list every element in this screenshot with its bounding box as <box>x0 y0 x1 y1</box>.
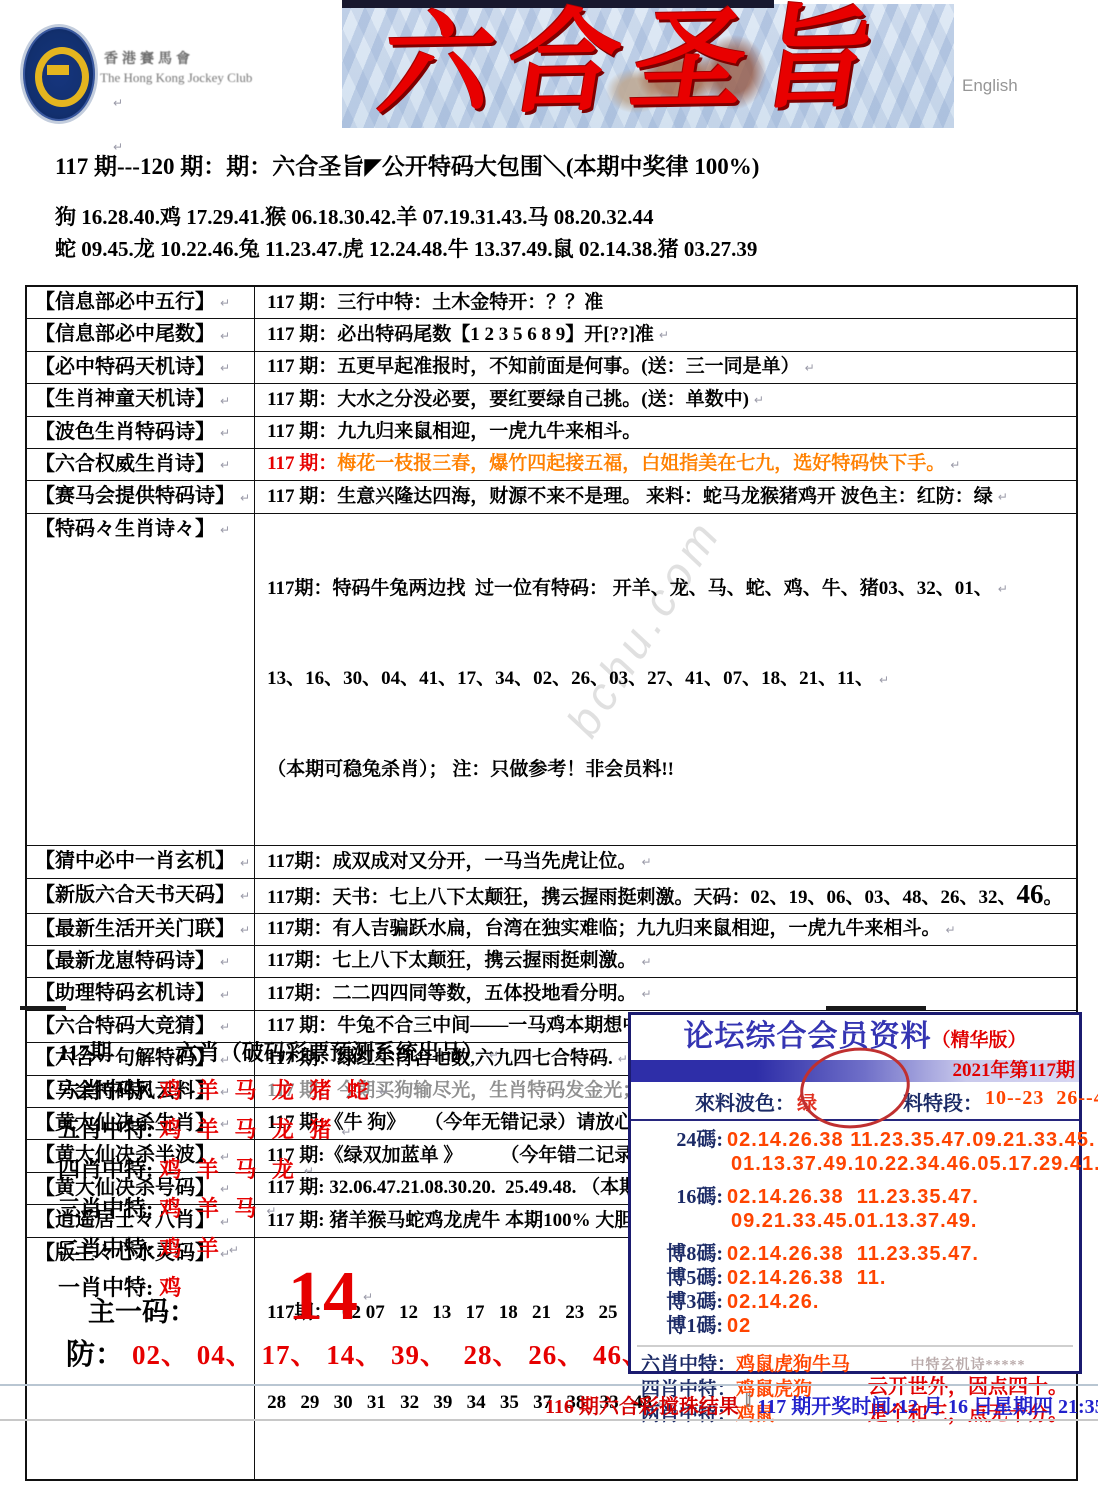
sixxiao-item-value: 鸡 羊 马 龙 <box>159 1157 299 1182</box>
row-label: 【波色生肖特码诗】↵ <box>26 416 255 448</box>
row-content: 117 期：大水之分没必要，要红要绿自己挑。(送：单数中)↵ <box>255 384 1077 416</box>
return-mark: ↵ <box>950 458 960 472</box>
table-row: 【新版六合天书天码】↵ 117期：天书：七上八下太颠狂，携云握雨挺刺激。天码：0… <box>26 878 1077 913</box>
member-box-title-suffix: （精华版） <box>931 1030 1026 1051</box>
row-label: 【新版六合天书天码】↵ <box>26 878 255 913</box>
table-row: 【最新生活开关门联】↵ 117期：有人吉骗跃水扁，台湾在独实难临；九九归来鼠相迎… <box>26 913 1077 945</box>
border-artifact <box>20 1006 66 1010</box>
row-label: 【信息部必中五行】↵ <box>26 286 255 319</box>
row-label: 【信息部必中尾数】↵ <box>26 319 255 351</box>
code-values: 01.13.37.49.10.22.34.46.05.17.29.41. <box>731 1152 1098 1176</box>
sixxiao-title: 117期六肖（破码彩票预测系统出品）↵ <box>58 1036 499 1067</box>
return-mark: ↵ <box>754 393 764 407</box>
return-mark: ↵ <box>220 426 230 440</box>
code-row: 博3碼:02.14.26. <box>631 1290 1079 1314</box>
row-content-text: 117期：有人吉骗跃水扁，台湾在独实难临；九九归来鼠相迎，一虎九牛来相斗。 <box>267 918 940 939</box>
return-mark: ↵ <box>946 923 956 937</box>
code-values: 02.14.26.38 11.23.35.47. <box>727 1185 979 1209</box>
return-mark: ↵ <box>879 673 889 687</box>
sixxiao-item-value: 鸡 羊 <box>159 1236 224 1261</box>
zodiac-numbers-line1: 狗 16.28.40.鸡 17.29.41.猴 06.18.30.42.羊 07… <box>55 201 654 231</box>
code-values: 02.14.26. <box>727 1290 819 1314</box>
return-mark: ↵ <box>659 328 669 342</box>
code-label: 博8碼: <box>631 1242 723 1266</box>
return-mark: ↵ <box>805 361 815 375</box>
footer-next-draw-time: 117 期开奖时间:12 月 16 日星期四 21:35 <box>757 1390 1098 1419</box>
return-mark: ↵ <box>229 1243 239 1257</box>
row-label-text: 【必中特码天机诗】 <box>35 356 215 378</box>
row-content-text: 117期：七上八下太颠狂，携云握雨挺刺激。 <box>267 950 636 971</box>
row-label-text: 【最新龙崽特码诗】 <box>35 950 215 972</box>
row-content: 117期：七上八下太颠狂，携云握雨挺刺激。↵ <box>255 945 1077 977</box>
main-code-row: 主一码： 14 ↵ <box>88 1262 373 1332</box>
defend-values: 02、 04、 17、 14、 39、 28、 26、 46、 38. <box>132 1333 695 1372</box>
highlight-number: 46 <box>1017 879 1044 909</box>
footer-text: 116 期六合彩搅珠结果 ‖ 117 期开奖时间:12 月 16 日星期四 21… <box>545 1390 1098 1419</box>
row-content-text: 117 期：五更早起准报时，不知前面是何事。(送：三一同是单） <box>267 356 800 377</box>
row-label: 【六合权威生肖诗】↵ <box>26 449 255 481</box>
return-mark: ↵ <box>266 1204 276 1218</box>
return-mark: ↵ <box>220 394 230 408</box>
row-content: 117 期：必出特码尾数【1 2 3 5 6 8 9】开[??]准↵ <box>255 319 1077 351</box>
table-row: 【猜中必中一肖玄机】↵ 117期：成双成对又分开，一马当先虎让位。↵ <box>26 846 1077 878</box>
code-label: 博5碼: <box>631 1266 723 1290</box>
footer-separator: ‖ <box>745 1390 751 1419</box>
row-label-text: 【特码々生肖诗々】 <box>35 518 215 540</box>
teduan-value: 10--23 26--47 <box>985 1087 1098 1116</box>
row-label: 【必中特码天机诗】↵ <box>26 351 255 383</box>
member-box-title-main: 论坛综合会员资料 <box>683 1020 931 1053</box>
code-row-continued: 01.13.37.49.10.22.34.46.05.17.29.41. <box>631 1152 1079 1176</box>
return-mark: ↵ <box>379 1085 389 1099</box>
border-artifact <box>826 1006 926 1010</box>
footer-divider-top <box>0 1384 1098 1386</box>
table-row: 【波色生肖特码诗】↵ 117 期：九九归来鼠相迎，一虎九牛来相斗。 <box>26 416 1077 448</box>
code-list: 24碼:02.14.26.38 11.23.35.47.09.21.33.45.… <box>631 1121 1079 1338</box>
row-content: 117期：有人吉骗跃水扁，台湾在独实难临；九九归来鼠相迎，一虎九牛来相斗。↵ <box>255 913 1077 945</box>
row-label-text: 【最新生活开关门联】 <box>35 918 235 940</box>
code-row: 24碼:02.14.26.38 11.23.35.47.09.21.33.45. <box>631 1128 1079 1152</box>
row-label-text: 【新版六合天书天码】 <box>35 884 235 906</box>
bose-label: 來料波色： <box>695 1087 795 1116</box>
main-code-value: 14 <box>288 1262 358 1332</box>
sixxiao-issue: 117期 <box>58 1040 112 1065</box>
row-issue-red: 117 期： <box>267 453 337 474</box>
row-content-line: （本期可稳兔杀肖）； 注：只做参考！非会员料!! <box>267 755 1072 785</box>
headline: 117 期---120 期：期：六合圣旨◤公开特码大包围＼(本期中奖律 100%… <box>55 148 759 181</box>
code-label: 24碼: <box>631 1128 723 1152</box>
row-content: 117期：特码牛兔两边找 过一位有特码： 开羊、龙、马、蛇、鸡、牛、猪03、32… <box>255 513 1077 845</box>
row-content: 117期：成双成对又分开，一马当先虎让位。↵ <box>255 846 1077 878</box>
return-mark: ↵ <box>642 987 652 1001</box>
row-content-text: 。 <box>1044 887 1063 908</box>
return-mark: ↵ <box>220 523 230 537</box>
row-label: 【生肖神童天机诗】↵ <box>26 384 255 416</box>
defend-label: 防： <box>66 1332 124 1373</box>
code-row-continued: 09.21.33.45.01.13.37.49. <box>631 1209 1079 1233</box>
row-label: 【赛马会提供特码诗】↵ <box>26 481 255 513</box>
table-row: 【生肖神童天机诗】↵ 117 期：大水之分没必要，要红要绿自己挑。(送：单数中)… <box>26 384 1077 416</box>
row-content-line: 117期：特码牛兔两边找 过一位有特码： 开羊、龙、马、蛇、鸡、牛、猪03、32… <box>267 574 1072 605</box>
footer-last-draw-link[interactable]: 116 期六合彩搅珠结果 <box>545 1390 739 1419</box>
row-label-text: 【六合权威生肖诗】 <box>35 453 215 475</box>
return-mark: ↵ <box>220 988 230 1002</box>
main-code-label: 主一码： <box>88 1266 196 1329</box>
row-content-text: 117期：成双成对又分开，一马当先虎让位。 <box>267 851 636 872</box>
code-label: 博3碼: <box>631 1290 723 1314</box>
return-mark: ↵ <box>220 329 230 343</box>
row-content: 117期：二二四四同等数，五体投地看分明。↵ <box>255 978 1077 1010</box>
row-content: 117 期：九九归来鼠相迎，一虎九牛来相斗。 <box>255 416 1077 448</box>
row-content-line: 13、16、30、04、41、17、34、02、26、03、27、41、07、1… <box>267 664 1072 695</box>
sixxiao-item-label: 三肖中特: <box>58 1196 153 1221</box>
code-label: 博1碼: <box>631 1314 723 1338</box>
row-label: 【最新生活开关门联】↵ <box>26 913 255 945</box>
row-label-text: 【猜中必中一肖玄机】 <box>35 850 235 872</box>
code-label: 16碼: <box>631 1185 723 1209</box>
code-values: 02.14.26.38 11.23.35.47.09.21.33.45. <box>727 1128 1096 1152</box>
return-mark: ↵ <box>998 490 1008 504</box>
code-row: 博5碼:02.14.26.38 11. <box>631 1266 1079 1290</box>
code-values: 02.14.26.38 11.23.35.47. <box>727 1242 979 1266</box>
return-mark: ↵ <box>642 955 652 969</box>
return-mark: ↵ <box>618 1052 628 1066</box>
spacer <box>631 1233 1079 1242</box>
table-row: 【特码々生肖诗々】↵ 117期：特码牛兔两边找 过一位有特码： 开羊、龙、马、蛇… <box>26 513 1077 845</box>
row-label-text: 【信息部必中尾数】 <box>35 323 215 345</box>
sixxiao-item: 三肖中特:鸡 羊 马↵ <box>58 1190 389 1229</box>
site-title: 六合圣旨 <box>372 1 992 123</box>
return-mark: ↵ <box>240 889 250 903</box>
sixxiao-item-label: 五肖中特: <box>58 1117 153 1142</box>
row-content: 117 期：生意兴隆达四海，财源不来不是理。 来料：蛇马龙猴猪鸡开 波色主：红防… <box>255 481 1077 513</box>
row-poem-orange: 梅花一枝报三春，爆竹四起接五福，白姐指美在七九，选好特码快下手。 <box>337 453 945 474</box>
row-label-text: 【助理特码玄机诗】 <box>35 982 215 1004</box>
return-mark: ↵ <box>341 1125 351 1139</box>
row-label-text: 【信息部必中五行】 <box>35 291 215 313</box>
defend-row: 防： 02、 04、 17、 14、 39、 28、 26、 46、 38. ↵ <box>66 1332 710 1373</box>
return-mark: ↵ <box>240 491 250 505</box>
code-values: 09.21.33.45.01.13.37.49. <box>731 1209 977 1233</box>
row-label-text: 【赛马会提供特码诗】 <box>35 485 235 507</box>
row-label-text: 【六合特码大竞猜】 <box>35 1015 215 1037</box>
return-mark: ↵ <box>220 296 230 310</box>
table-row: 【信息部必中五行】↵ 117 期：三行中特：土木金特开：？？准 <box>26 286 1077 319</box>
sixxiao-item-value: 鸡 羊 马 龙 猪 蛇 <box>159 1078 374 1103</box>
row-label: 【最新龙崽特码诗】↵ <box>26 945 255 977</box>
return-mark: ↵ <box>220 361 230 375</box>
sixxiao-title-text: 六肖（破码彩票预测系统出品） <box>176 1040 484 1065</box>
member-zodiac-label: 六肖中特： <box>641 1354 736 1375</box>
row-content: 117期：天书：七上八下太颠狂，携云握雨挺刺激。天码：02、19、06、03、4… <box>255 878 1077 913</box>
hkjc-logo-bar-icon <box>47 65 69 75</box>
return-mark: ↵ <box>220 458 230 472</box>
return-mark: ↵ <box>220 1020 230 1034</box>
sixxiao-item: 五肖中特:鸡 羊 马 龙 猪↵ <box>58 1111 389 1150</box>
table-row: 【信息部必中尾数】↵ 117 期：必出特码尾数【1 2 3 5 6 8 9】开[… <box>26 319 1077 351</box>
teduan-label: 料特段： <box>903 1087 983 1116</box>
row-content-text: （本期可稳兔杀肖）； 注：只做参考！非会员料!! <box>267 759 674 780</box>
code-row: 16碼:02.14.26.38 11.23.35.47. <box>631 1185 1079 1209</box>
row-content-text: 117 期：必出特码尾数【1 2 3 5 6 8 9】开[??]准 <box>267 324 654 345</box>
return-mark: ↵ <box>998 582 1008 596</box>
sixxiao-item-label: 四肖中特: <box>58 1157 153 1182</box>
sixxiao-item-label: 二肖中特: <box>58 1236 153 1261</box>
row-content: 117 期：五更早起准报时，不知前面是何事。(送：三一同是单）↵ <box>255 351 1077 383</box>
sixxiao-item: 六肖中特:鸡 羊 马 龙 猪 蛇↵ <box>58 1072 389 1111</box>
hkjc-name-en: The Hong Kong Jockey Club <box>100 70 252 86</box>
row-content-text: 117期：二二四四同等数，五体投地看分明。 <box>267 983 636 1004</box>
return-mark: ↵ <box>489 1048 499 1062</box>
table-row: 【六合权威生肖诗】↵ 117 期：梅花一枝报三春，爆竹四起接五福，白姐指美在七九… <box>26 449 1077 481</box>
table-row: 【最新龙崽特码诗】↵ 117期：七上八下太颠狂，携云握雨挺刺激。↵ <box>26 945 1077 977</box>
row-label-text: 【生肖神童天机诗】 <box>35 388 215 410</box>
zodiac-numbers-line2: 蛇 09.45.龙 10.22.46.兔 11.23.47.虎 12.24.48… <box>55 233 757 263</box>
sixxiao-item: 四肖中特:鸡 羊 马 龙↵ <box>58 1151 389 1190</box>
hkjc-logo-ring-icon <box>35 47 89 107</box>
sixxiao-item-value: 鸡 羊 马 龙 猪 <box>159 1117 336 1142</box>
row-content-text: 117 期：生意兴隆达四海，财源不来不是理。 来料：蛇马龙猴猪鸡开 波色主：红防… <box>267 486 993 507</box>
row-label-text: 【波色生肖特码诗】 <box>35 421 215 443</box>
member-zodiac-value: 鸡鼠虎狗牛马 <box>736 1354 850 1375</box>
row-content-text: 117期：天书：七上八下太颠狂，携云握雨挺刺激。天码：02、19、06、03、4… <box>267 887 1016 908</box>
row-label: 【特码々生肖诗々】↵ <box>26 513 255 845</box>
row-label: 【猜中必中一肖玄机】↵ <box>26 846 255 878</box>
footer-divider-bottom <box>0 1419 1098 1421</box>
return-mark: ↵ <box>304 1164 314 1178</box>
row-content-text: 117 期：大水之分没必要，要红要绿自己挑。(送：单数中) <box>267 389 749 410</box>
spacer <box>631 1176 1079 1185</box>
return-mark: ↵ <box>113 96 123 110</box>
hkjc-logo <box>20 24 98 124</box>
return-mark: ↵ <box>240 923 250 937</box>
hkjc-name-zh: 香港賽馬會 <box>104 48 194 68</box>
page: 香港賽馬會 The Hong Kong Jockey Club ↵ ↵ 六合圣旨… <box>0 0 1098 1500</box>
english-link[interactable]: English <box>962 76 1018 96</box>
sixxiao-item-label: 六肖中特: <box>58 1078 153 1103</box>
row-content-text: 117 期：九九归来鼠相迎，一虎九牛来相斗。 <box>267 421 641 442</box>
row-content: 117 期：梅花一枝报三春，爆竹四起接五福，白姐指美在七九，选好特码快下手。↵ <box>255 449 1077 481</box>
return-mark: ↵ <box>363 1290 373 1304</box>
row-content-text: 117 期：牛兔不合三中间——一马鸡本期想中奖. <box>267 1015 665 1036</box>
mystery-poem-title: 中特玄机诗***** <box>863 1354 1073 1374</box>
code-row: 博1碼:02 <box>631 1314 1079 1338</box>
table-row: 【必中特码天机诗】↵ 117 期：五更早起准报时，不知前面是何事。(送：三一同是… <box>26 351 1077 383</box>
row-content-text: 13、16、30、04、41、17、34、02、26、03、27、41、07、1… <box>267 668 874 689</box>
code-values: 02.14.26.38 11. <box>727 1266 886 1290</box>
table-row: 【赛马会提供特码诗】↵ 117 期：生意兴隆达四海，财源不来不是理。 来料：蛇马… <box>26 481 1077 513</box>
code-values: 02 <box>727 1314 751 1338</box>
return-mark: ↵ <box>642 855 652 869</box>
row-content: 117 期：三行中特：土木金特开：？？准 <box>255 286 1077 319</box>
sixxiao-item-value: 鸡 羊 马 <box>159 1196 261 1221</box>
row-content-text: 117 期：三行中特：土木金特开：？？准 <box>267 292 603 313</box>
row-content-text: 117期：特码牛兔两边找 过一位有特码： 开羊、龙、马、蛇、鸡、牛、猪03、32… <box>267 578 993 599</box>
member-zodiac-row: 六肖中特：鸡鼠虎狗牛马 <box>641 1352 850 1377</box>
member-box-issue: 2021年第117期 <box>953 1060 1075 1082</box>
return-mark: ↵ <box>220 955 230 969</box>
code-row: 博8碼:02.14.26.38 11.23.35.47. <box>631 1242 1079 1266</box>
return-mark: ↵ <box>240 856 250 870</box>
